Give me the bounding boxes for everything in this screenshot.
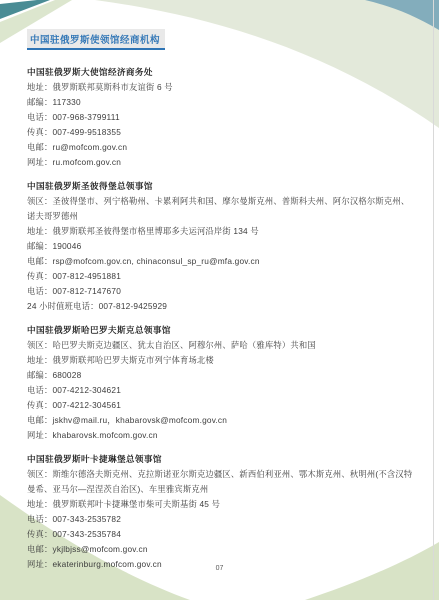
info-line: 领区：斯维尔德洛夫斯克州、克拉斯诺亚尔斯克边疆区、新西伯利亚州、鄂木斯克州、秋明… — [27, 467, 413, 497]
info-line: 邮编：190046 — [27, 239, 413, 254]
info-line: 电话：007-812-7147670 — [27, 284, 413, 299]
consulate-section: 中国驻俄罗斯哈巴罗夫斯克总领事馆 领区：哈巴罗夫斯克边疆区、犹太自治区、阿穆尔州… — [27, 323, 413, 443]
info-line: 地址：俄罗斯联邦莫斯科市友谊街 6 号 — [27, 80, 413, 95]
info-line: 地址：俄罗斯联邦哈巴罗夫斯克市列宁体育场北楼 — [27, 353, 413, 368]
info-line: 地址：俄罗斯联邦叶卡捷琳堡市柴可夫斯基街 45 号 — [27, 497, 413, 512]
section-lines: 领区：哈巴罗夫斯克边疆区、犹太自治区、阿穆尔州、萨哈（雅库特）共和国 地址：俄罗… — [27, 338, 413, 443]
section-heading: 中国驻俄罗斯叶卡捷琳堡总领事馆 — [27, 452, 413, 467]
sections: 中国驻俄罗斯大使馆经济商务处 地址：俄罗斯联邦莫斯科市友谊街 6 号 邮编：11… — [27, 65, 413, 572]
info-line: 地址：俄罗斯联邦圣彼得堡市格里博耶多夫运河沿岸街 134 号 — [27, 224, 413, 239]
section-heading: 中国驻俄罗斯圣彼得堡总领事馆 — [27, 179, 413, 194]
section-heading: 中国驻俄罗斯哈巴罗夫斯克总领事馆 — [27, 323, 413, 338]
info-line: 传真：007-4212-304561 — [27, 398, 413, 413]
info-line: 网址：khabarovsk.mofcom.gov.cn — [27, 428, 413, 443]
page-number: 07 — [0, 565, 439, 572]
section-lines: 领区：斯维尔德洛夫斯克州、克拉斯诺亚尔斯克边疆区、新西伯利亚州、鄂木斯克州、秋明… — [27, 467, 413, 572]
section-lines: 地址：俄罗斯联邦莫斯科市友谊街 6 号 邮编：117330 电话：007-968… — [27, 80, 413, 170]
info-line: 领区：圣彼得堡市、列宁格勒州、卡累利阿共和国、摩尔曼斯克州、普斯科夫州、阿尔汉格… — [27, 194, 413, 224]
consulate-section: 中国驻俄罗斯圣彼得堡总领事馆 领区：圣彼得堡市、列宁格勒州、卡累利阿共和国、摩尔… — [27, 179, 413, 314]
document-page: 中国驻俄罗斯使领馆经商机构 中国驻俄罗斯大使馆经济商务处 地址：俄罗斯联邦莫斯科… — [0, 0, 439, 600]
info-line: 传真：007-343-2535784 — [27, 527, 413, 542]
info-line: 电邮：ru@mofcom.gov.cn — [27, 140, 413, 155]
info-line: 电邮：jskhv@mail.ru，khabarovsk@mofcom.gov.c… — [27, 413, 413, 428]
info-line: 邮编：117330 — [27, 95, 413, 110]
info-line: 电话：007-968-3799111 — [27, 110, 413, 125]
consulate-section: 中国驻俄罗斯叶卡捷琳堡总领事馆 领区：斯维尔德洛夫斯克州、克拉斯诺亚尔斯克边疆区… — [27, 452, 413, 572]
section-heading: 中国驻俄罗斯大使馆经济商务处 — [27, 65, 413, 80]
page-right-edge-line — [433, 0, 434, 600]
info-line: 网址：ru.mofcom.gov.cn — [27, 155, 413, 170]
info-line: 电邮：rsp@mofcom.gov.cn, chinaconsul_sp_ru@… — [27, 254, 413, 269]
info-line: 电话：007-343-2535782 — [27, 512, 413, 527]
info-line: 电话：007-4212-304621 — [27, 383, 413, 398]
consulate-section: 中国驻俄罗斯大使馆经济商务处 地址：俄罗斯联邦莫斯科市友谊街 6 号 邮编：11… — [27, 65, 413, 170]
info-line: 24 小时值班电话：007-812-9425929 — [27, 299, 413, 314]
info-line: 传真：007-499-9518355 — [27, 125, 413, 140]
page-title: 中国驻俄罗斯使领馆经商机构 — [27, 29, 165, 50]
content-area: 中国驻俄罗斯使领馆经商机构 中国驻俄罗斯大使馆经济商务处 地址：俄罗斯联邦莫斯科… — [27, 29, 413, 572]
info-line: 传真：007-812-4951881 — [27, 269, 413, 284]
info-line: 领区：哈巴罗夫斯克边疆区、犹太自治区、阿穆尔州、萨哈（雅库特）共和国 — [27, 338, 413, 353]
info-line: 邮编：680028 — [27, 368, 413, 383]
section-lines: 领区：圣彼得堡市、列宁格勒州、卡累利阿共和国、摩尔曼斯克州、普斯科夫州、阿尔汉格… — [27, 194, 413, 314]
info-line: 电邮：ykjlbjss@mofcom.gov.cn — [27, 542, 413, 557]
